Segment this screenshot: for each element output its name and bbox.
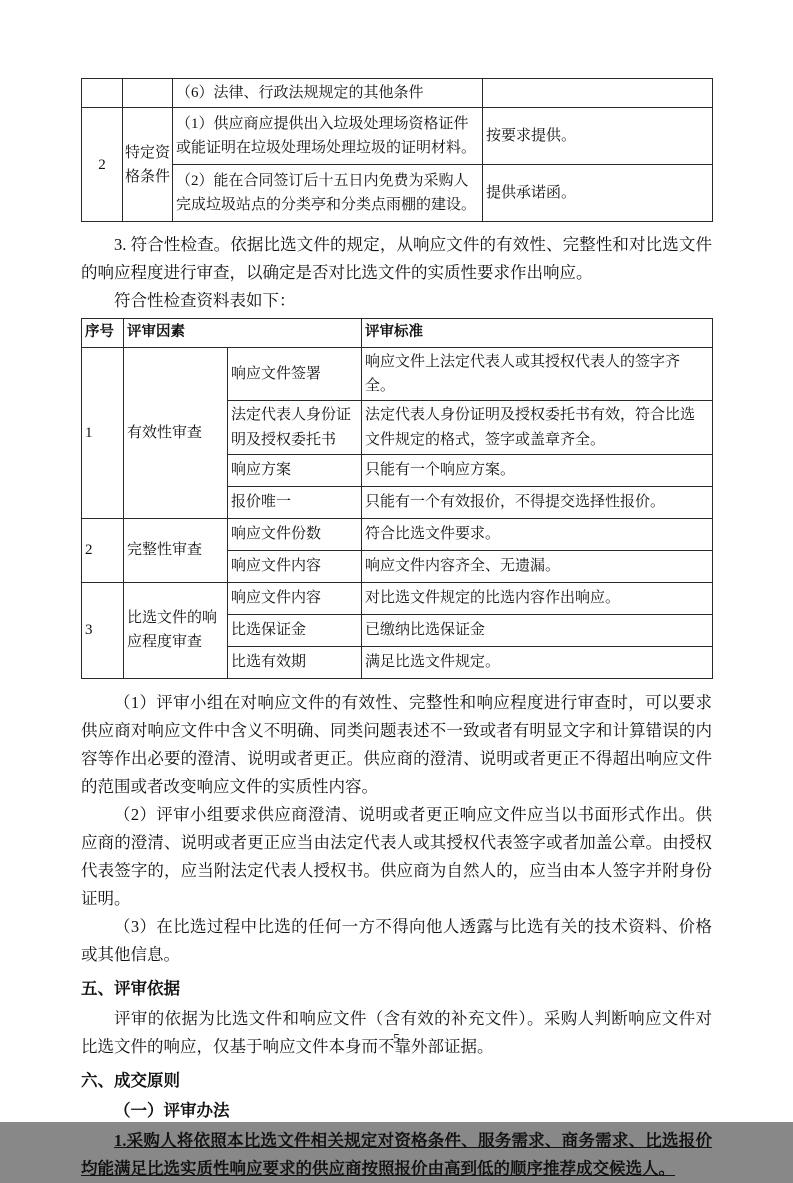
table-cell-item: 响应文件内容: [228, 582, 362, 614]
table-cell-standard: 符合比选文件要求。: [362, 518, 713, 550]
document-page: （6）法律、行政法规规定的其他条件 2 特定资格条件 （1）供应商应提供出入垃圾…: [0, 0, 793, 1122]
table-cell-condition: （6）法律、行政法规规定的其他条件: [173, 79, 483, 108]
table-cell-category: 特定资格条件: [123, 108, 173, 222]
table-cell-group: 比选文件的响应程度审查: [124, 582, 228, 678]
table-row: 1 有效性审查 响应文件签署 响应文件上法定代表人或其授权代表人的签字齐全。: [82, 347, 713, 401]
paragraph-award-rule: 1.采购人将依照本比选文件相关规定对资格条件、服务需求、商务需求、比选报价均能满…: [81, 1127, 712, 1183]
table-row: （2）能在合同签订后十五日内免费为采购人完成垃圾站点的分类亭和分类点雨棚的建设。…: [82, 165, 713, 222]
table-cell-item: 响应方案: [228, 454, 362, 486]
table-row: 3 比选文件的响应程度审查 响应文件内容 对比选文件规定的比选内容作出响应。: [82, 582, 713, 614]
table-cell-standard: 只能有一个有效报价，不得提交选择性报价。: [362, 486, 713, 518]
table-cell-no: 2: [82, 518, 124, 582]
compliance-check-table: 序号 评审因素 评审标准 1 有效性审查 响应文件签署 响应文件上法定代表人或其…: [81, 318, 713, 679]
table-cell-index: 2: [82, 108, 123, 222]
table-cell-empty: [123, 79, 173, 108]
section-heading-review-basis: 五、评审依据: [81, 975, 712, 1003]
table-cell-standard: 法定代表人身份证明及授权委托书有效，符合比选文件规定的格式，签字或盖章齐全。: [362, 401, 713, 455]
table-cell-standard: 满足比选文件规定。: [362, 646, 713, 678]
table-cell-empty: [82, 79, 123, 108]
table-cell-standard: 响应文件内容齐全、无遗漏。: [362, 550, 713, 582]
table-cell-item: 比选保证金: [228, 614, 362, 646]
table-cell-item: 报价唯一: [228, 486, 362, 518]
table-cell-standard: 对比选文件规定的比选内容作出响应。: [362, 582, 713, 614]
table-cell-item: 响应文件份数: [228, 518, 362, 550]
table-cell-item: 响应文件内容: [228, 550, 362, 582]
table-cell-standard: 只能有一个响应方案。: [362, 454, 713, 486]
page-number: 5: [0, 1032, 793, 1048]
subsection-heading-review-method: （一）评审办法: [81, 1097, 712, 1125]
table-cell-no: 1: [82, 347, 124, 518]
table-row: 2 特定资格条件 （1）供应商应提供出入垃圾处理场资格证件或能证明在垃圾处理场处…: [82, 108, 713, 165]
header-cell-standard: 评审标准: [362, 319, 713, 347]
table-cell-item: 法定代表人身份证明及授权委托书: [228, 401, 362, 455]
table-cell-standard: 响应文件上法定代表人或其授权代表人的签字齐全。: [362, 347, 713, 401]
table-cell-no: 3: [82, 582, 124, 678]
table-cell-condition: （1）供应商应提供出入垃圾处理场资格证件或能证明在垃圾处理场处理垃圾的证明材料。: [173, 108, 483, 165]
table-cell-requirement: 提供承诺函。: [483, 165, 713, 222]
paragraph-note-2: （2）评审小组要求供应商澄清、说明或者更正响应文件应当以书面形式作出。供应商的澄…: [81, 801, 712, 913]
qualification-conditions-table: （6）法律、行政法规规定的其他条件 2 特定资格条件 （1）供应商应提供出入垃圾…: [81, 78, 713, 222]
header-cell-factor: 评审因素: [124, 319, 362, 347]
paragraph-compliance-check: 3. 符合性检查。依据比选文件的规定，从响应文件的有效性、完整性和对比选文件的响…: [81, 231, 712, 287]
paragraph-table-intro: 符合性检查资料表如下：: [81, 287, 712, 315]
table-row: 2 完整性审查 响应文件份数 符合比选文件要求。: [82, 518, 713, 550]
section-heading-award-principle: 六、成交原则: [81, 1067, 712, 1095]
table-cell-requirement: [483, 79, 713, 108]
table-cell-group: 完整性审查: [124, 518, 228, 582]
header-cell-no: 序号: [82, 319, 124, 347]
table-cell-standard: 已缴纳比选保证金: [362, 614, 713, 646]
paragraph-note-1: （1）评审小组在对响应文件的有效性、完整性和响应程度进行审查时，可以要求供应商对…: [81, 689, 712, 801]
table-header-row: 序号 评审因素 评审标准: [82, 319, 713, 347]
table-cell-condition: （2）能在合同签订后十五日内免费为采购人完成垃圾站点的分类亭和分类点雨棚的建设。: [173, 165, 483, 222]
table-row: （6）法律、行政法规规定的其他条件: [82, 79, 713, 108]
table-cell-requirement: 按要求提供。: [483, 108, 713, 165]
paragraph-note-3: （3）在比选过程中比选的任何一方不得向他人透露与比选有关的技术资料、价格或其他信…: [81, 913, 712, 969]
table-cell-item: 响应文件签署: [228, 347, 362, 401]
table-cell-group: 有效性审查: [124, 347, 228, 518]
table-cell-item: 比选有效期: [228, 646, 362, 678]
